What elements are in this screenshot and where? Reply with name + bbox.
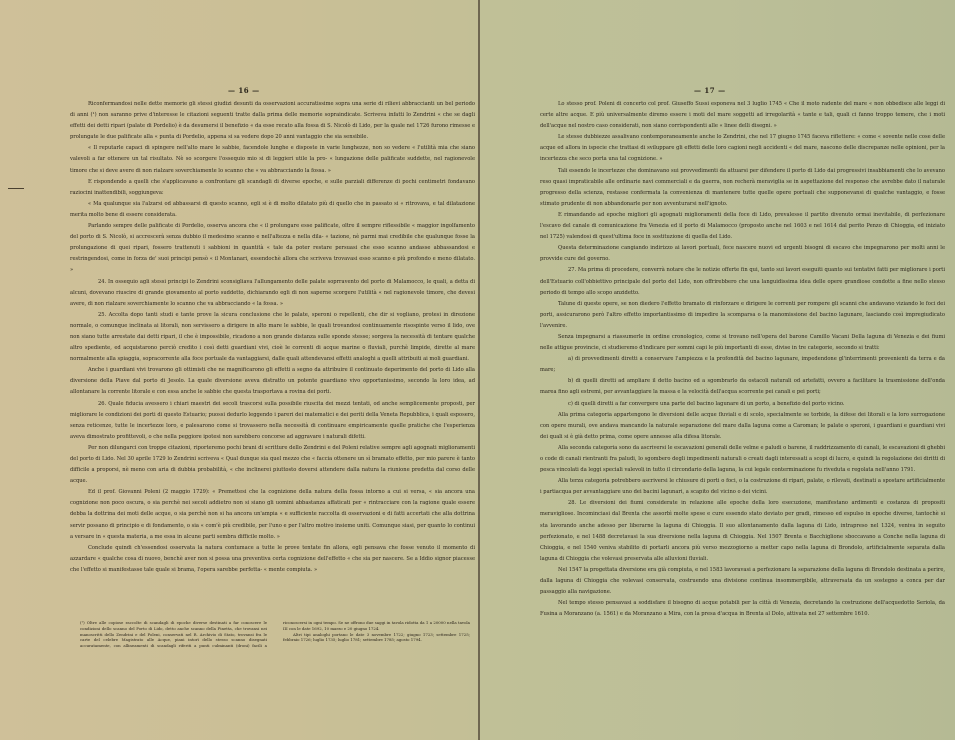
paragraph: Tali essendo le incertezze che dominavan… — [540, 166, 945, 210]
footnote-text: Altri tipi analoghi portano le date 3 no… — [283, 632, 470, 644]
left-page: — 16 — Riconfermandosi nelle dette memor… — [0, 0, 478, 740]
section-paragraph-25: 25. Accolta dopo tanti studi e tante pro… — [70, 310, 475, 365]
paragraph: « Il reputarle capaci di spingere nell'a… — [70, 143, 475, 176]
paragraph: Questa determinazione cangiando indirizz… — [540, 243, 945, 265]
list-item-c: c) di quelli diretti a far convergere un… — [540, 399, 945, 410]
section-paragraph-28: 28. Le diversioni dei fiumi considerate … — [540, 498, 945, 565]
paragraph: « Ma qualunque sia l'alzarsi od abbassar… — [70, 199, 475, 221]
paragraph: Talune di queste opere, se non diedero l… — [540, 299, 945, 332]
section-paragraph-24: 24. In ossequio agli stessi principi lo … — [70, 277, 475, 310]
paragraph: Alla terza categoria potrebbero ascriver… — [540, 476, 945, 498]
section-paragraph-26: 26. Quale fiducia avessero i chiari maes… — [70, 399, 475, 443]
paragraph: Ed il prof. Giovanni Poleni (2 maggio 17… — [70, 487, 475, 542]
paragraph: Nel tempo stesso pensavasi a soddisfare … — [540, 598, 945, 620]
page-number-left: — 16 — — [228, 86, 260, 95]
paragraph: E rispondendo a quelli che s'applicavano… — [70, 177, 475, 199]
list-item-b: b) di quelli diretti ad ampliare il dett… — [540, 376, 945, 398]
right-page: — 17 — Lo stesso prof. Poleni di concert… — [480, 0, 955, 740]
left-page-body: Riconfermandosi nelle dette memorie gli … — [70, 99, 475, 576]
paragraph: Alla prima categoria appartengono le div… — [540, 410, 945, 443]
paragraph: E rimandando ad epoche migliori gli agog… — [540, 210, 945, 243]
paragraph: Le stesse dubbiezze assalivano contempor… — [540, 132, 945, 165]
paragraph: Parlando sempre delle palificate di Pord… — [70, 221, 475, 276]
paragraph: Conclude quindi ch'essendosi osservata l… — [70, 543, 475, 576]
paragraph: Anche i guardiani vivi trovarono gli ott… — [70, 365, 475, 398]
list-item-a: a) di provvedimenti diretti a conservare… — [540, 354, 945, 376]
margin-mark — [8, 188, 24, 189]
paragraph: Alla seconda categoria sono da ascrivers… — [540, 443, 945, 476]
page-number-right: — 17 — — [694, 86, 726, 95]
section-paragraph-27: 27. Ma prima di procedere, converrà nota… — [540, 265, 945, 298]
footnote: (¹) Oltre alle copiose raccolte di scand… — [80, 620, 470, 649]
paragraph: Lo stesso prof. Poleni di concerto col p… — [540, 99, 945, 132]
paragraph: Nel 1547 la progettata diversione era gi… — [540, 565, 945, 598]
paragraph: Senza impegnarsi a riassumerle in ordine… — [540, 332, 945, 354]
paragraph: Riconfermandosi nelle dette memorie gli … — [70, 99, 475, 143]
paragraph: Per non dilungarci con troppe citazioni,… — [70, 443, 475, 487]
right-page-body: Lo stesso prof. Poleni di concerto col p… — [540, 99, 945, 620]
